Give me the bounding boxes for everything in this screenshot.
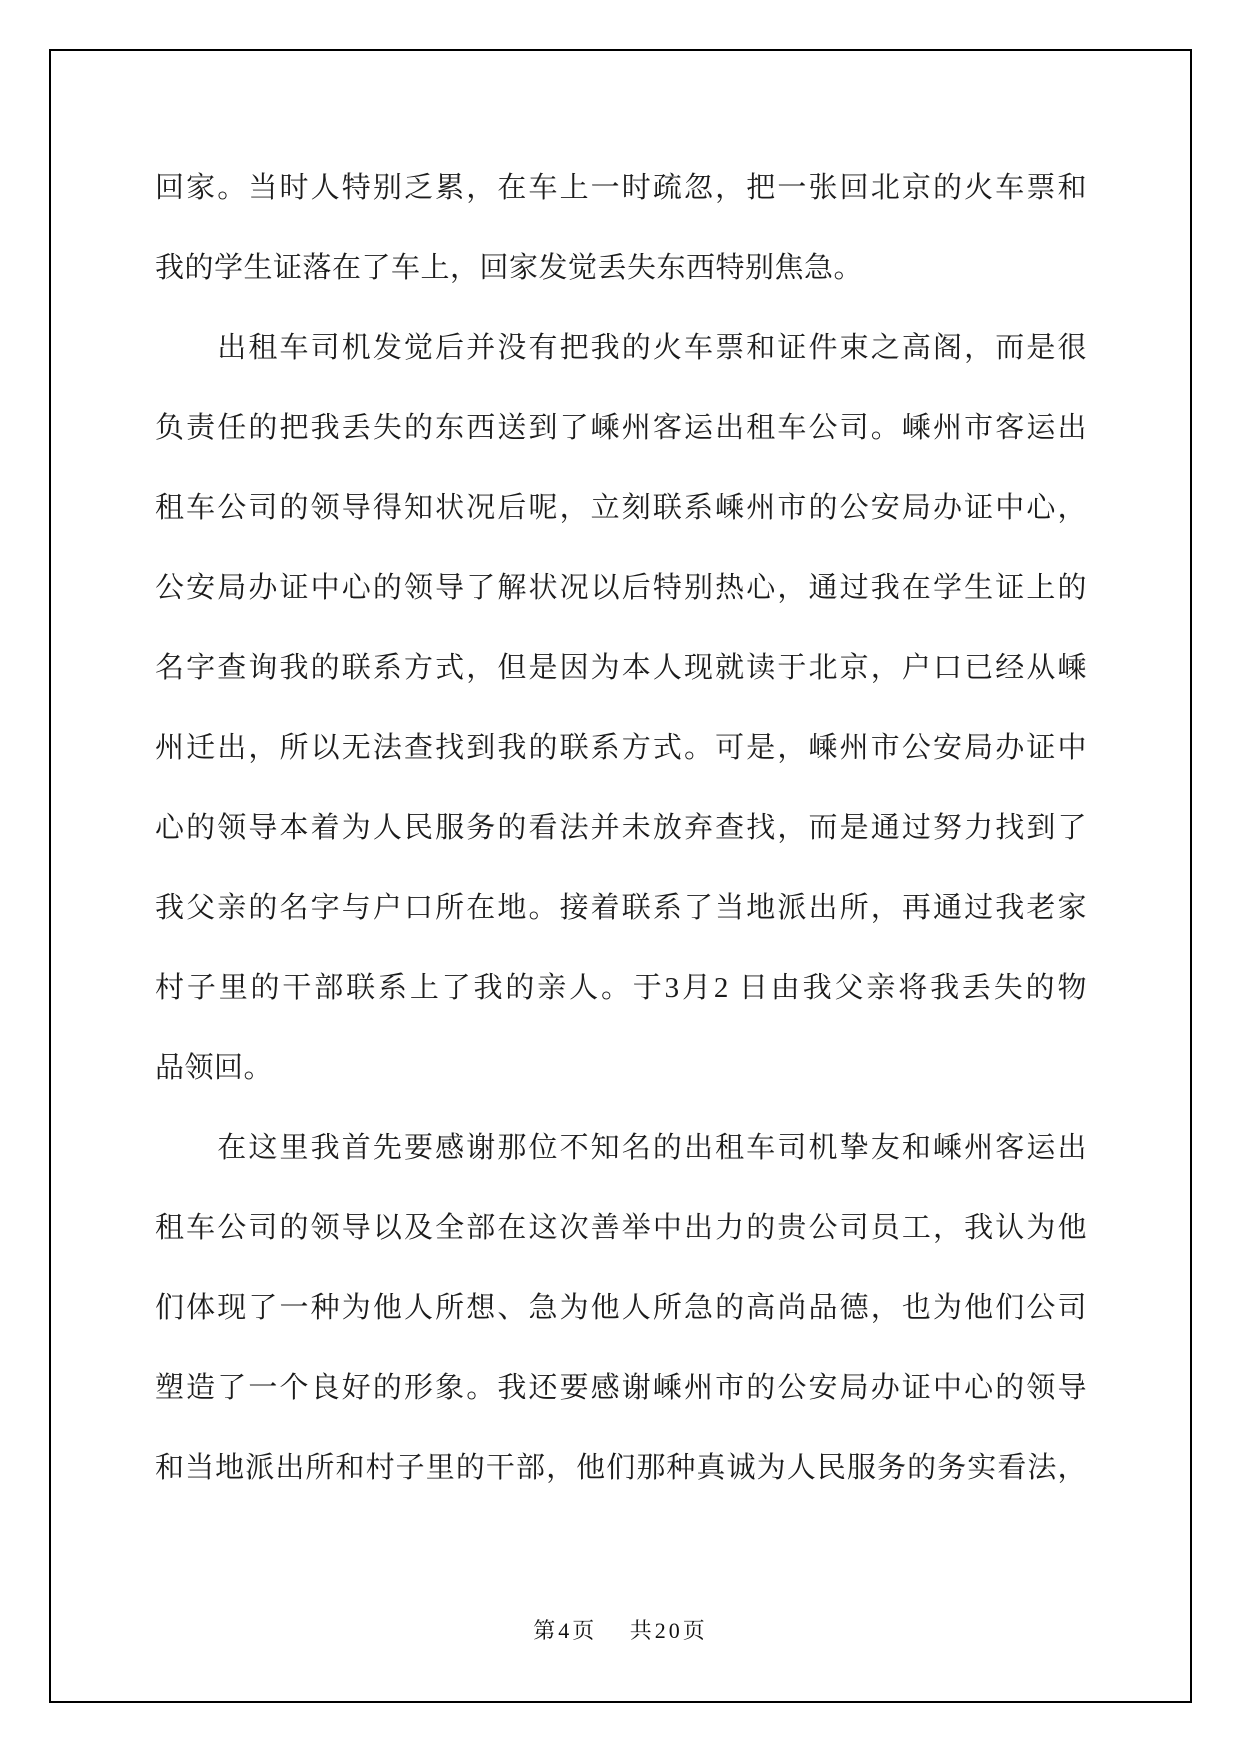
page-footer: 第4页 共20页 [0, 1614, 1241, 1645]
text-line: 村子里的干部联系上了我的亲人。于3月2 日由我父亲将我丢失的物 [155, 948, 1087, 1028]
page-number-total: 共20页 [630, 1618, 708, 1643]
text-line: 回家。当时人特别乏累，在车上一时疏忽，把一张回北京的火车票和 [155, 148, 1087, 228]
text-line: 品领回。 [155, 1028, 1087, 1108]
text-line: 们体现了一种为他人所想、急为他人所急的高尚品德，也为他们公司 [155, 1268, 1087, 1348]
text-line: 州迁出，所以无法查找到我的联系方式。可是，嵊州市公安局办证中 [155, 708, 1087, 788]
page-number-current: 第4页 [533, 1618, 597, 1643]
text-line: 心的领导本着为人民服务的看法并未放弃查找，而是通过努力找到了 [155, 788, 1087, 868]
text-line: 塑造了一个良好的形象。我还要感谢嵊州市的公安局办证中心的领导 [155, 1348, 1087, 1428]
text-line: 我父亲的名字与户口所在地。接着联系了当地派出所，再通过我老家 [155, 868, 1087, 948]
text-line: 名字查询我的联系方式，但是因为本人现就读于北京，户口已经从嵊 [155, 628, 1087, 708]
text-line: 负责任的把我丢失的东西送到了嵊州客运出租车公司。嵊州市客运出 [155, 388, 1087, 468]
text-line: 公安局办证中心的领导了解状况以后特别热心，通过我在学生证上的 [155, 548, 1087, 628]
text-line: 出租车司机发觉后并没有把我的火车票和证件束之高阁，而是很 [155, 308, 1087, 388]
text-line: 我的学生证落在了车上，回家发觉丢失东西特别焦急。 [155, 228, 1087, 308]
document-body: 回家。当时人特别乏累，在车上一时疏忽，把一张回北京的火车票和 我的学生证落在了车… [155, 148, 1087, 1508]
text-line: 租车公司的领导得知状况后呢，立刻联系嵊州市的公安局办证中心， [155, 468, 1087, 548]
text-line: 在这里我首先要感谢那位不知名的出租车司机挚友和嵊州客运出 [155, 1108, 1087, 1188]
text-line: 和当地派出所和村子里的干部，他们那种真诚为人民服务的务实看法， [155, 1428, 1087, 1508]
text-line: 租车公司的领导以及全部在这次善举中出力的贵公司员工，我认为他 [155, 1188, 1087, 1268]
